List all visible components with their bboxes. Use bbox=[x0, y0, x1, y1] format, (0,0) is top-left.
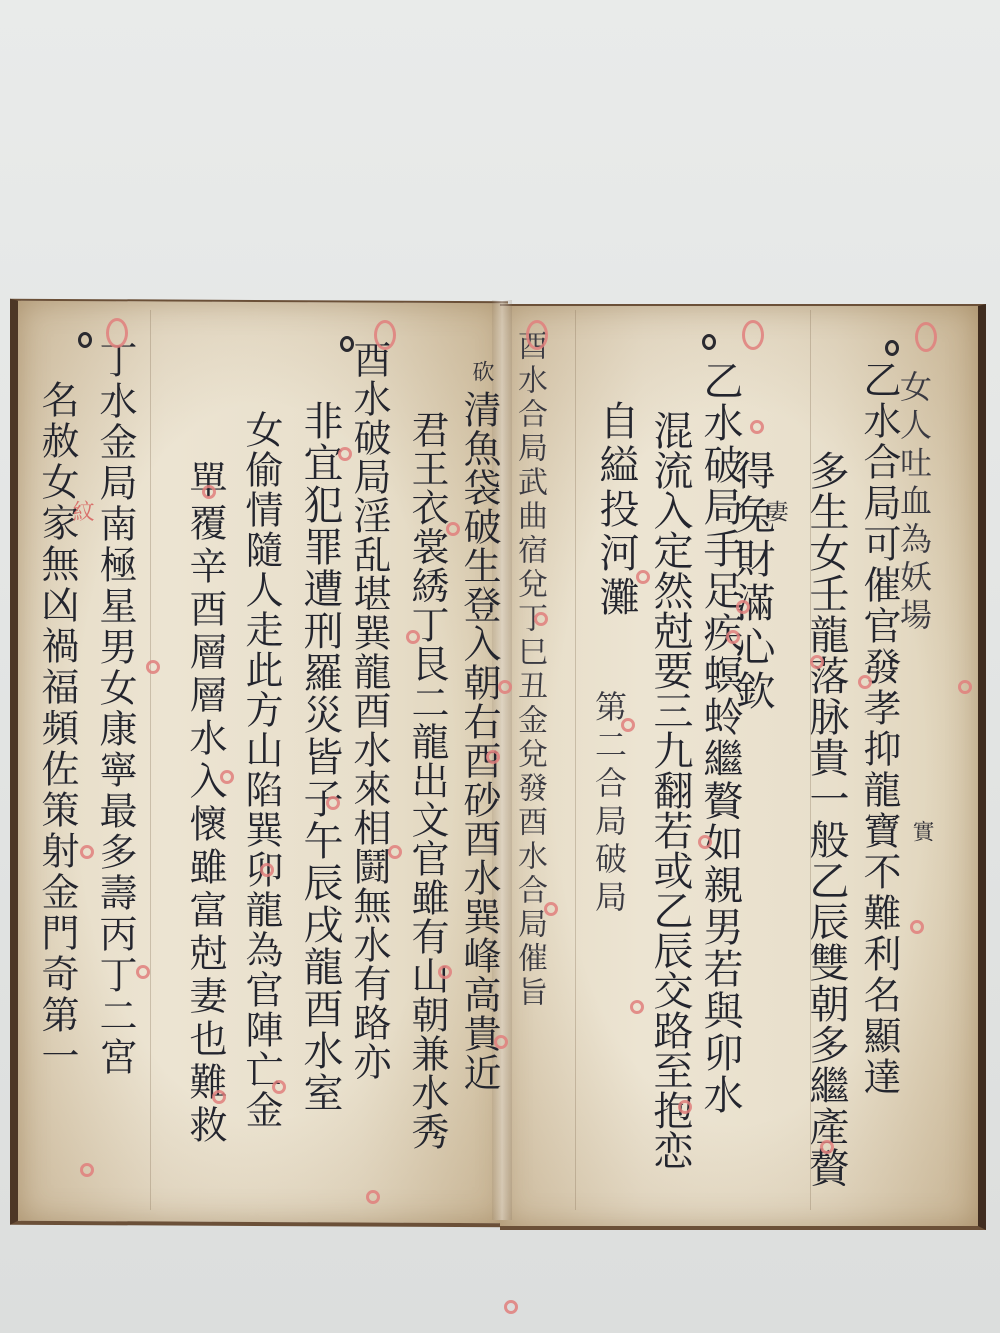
red-circle-mark bbox=[534, 612, 548, 626]
red-circle-mark bbox=[498, 680, 512, 694]
red-circle-mark bbox=[366, 1190, 380, 1204]
text-column-l6: 女偷情隨人走此方山陷巽卯龍為官陣亡金 bbox=[242, 410, 280, 1130]
red-circle-mark bbox=[750, 420, 764, 434]
red-circle-mark bbox=[272, 1080, 286, 1094]
paper-crease bbox=[150, 310, 151, 1210]
text-column-l5: 非宜犯罪遭刑羅災皆子午辰戌龍酉水室 bbox=[300, 400, 340, 1114]
text-column-l7: 單覆辛酉層層水入懷雖富尅妻也難救 bbox=[186, 460, 224, 1148]
text-column-l8: 丁水金局南極星男女康寧最多壽丙丁二宮 bbox=[96, 340, 134, 1078]
red-circle-mark bbox=[146, 660, 160, 674]
column-prefix: 砍 bbox=[466, 360, 497, 382]
red-circle-mark bbox=[106, 318, 128, 348]
text-column-l3: 君王衣裳綉丁艮二龍出文官雖有山朝兼水秀 bbox=[408, 410, 446, 1151]
red-circle-mark bbox=[820, 1140, 834, 1154]
text-column-r2: 多生女壬龍落脉貴一般乙辰雙朝多繼產贅 bbox=[806, 450, 846, 1188]
text-column-r5: 混流入定然尅要三九翻若或乙辰交路至抱恋 bbox=[650, 410, 690, 1170]
red-circle-mark bbox=[958, 680, 972, 694]
red-circle-mark bbox=[636, 570, 650, 584]
red-circle-mark bbox=[326, 796, 340, 810]
red-circle-mark bbox=[742, 320, 764, 350]
text-column-r1: 乙水合局可催官發孝抑龍寶不難利名顯達 bbox=[860, 360, 898, 1098]
red-circle-mark bbox=[202, 485, 216, 499]
red-circle-mark bbox=[810, 655, 824, 669]
red-circle-mark bbox=[494, 1035, 508, 1049]
red-circle-mark bbox=[630, 1000, 644, 1014]
red-circle-mark bbox=[260, 863, 274, 877]
text-column-l1: 酉水合局武曲宿兌丁巳丑金兌發酉水合局催旨 bbox=[514, 330, 544, 1010]
section-marker-icon bbox=[340, 336, 354, 352]
red-circle-mark bbox=[621, 718, 635, 732]
red-circle-mark bbox=[388, 845, 402, 859]
red-circle-mark bbox=[406, 630, 420, 644]
section-marker-icon bbox=[78, 332, 92, 348]
red-circle-mark bbox=[504, 1300, 518, 1314]
red-circle-mark bbox=[80, 845, 94, 859]
red-circle-mark bbox=[726, 630, 740, 644]
red-circle-mark bbox=[698, 835, 712, 849]
red-circle-mark bbox=[858, 675, 872, 689]
red-circle-mark bbox=[438, 965, 452, 979]
red-circle-mark bbox=[915, 322, 937, 352]
red-circle-mark bbox=[338, 447, 352, 461]
red-circle-mark bbox=[544, 902, 558, 916]
paper-crease bbox=[575, 310, 576, 1210]
text-column-r6: 自縊投河灘 bbox=[596, 400, 636, 620]
inline-note: 實 bbox=[906, 820, 937, 842]
red-circle-mark bbox=[910, 920, 924, 934]
red-circle-mark bbox=[80, 1163, 94, 1177]
inline-note: 紋 bbox=[66, 500, 97, 522]
red-circle-mark bbox=[486, 750, 500, 764]
text-column-l9: 名赦女家無凶禍福頻佐策射金門奇第一 bbox=[38, 380, 76, 1077]
red-circle-mark bbox=[526, 320, 548, 350]
red-circle-mark bbox=[736, 600, 750, 614]
red-circle-mark bbox=[212, 1090, 226, 1104]
red-circle-mark bbox=[446, 522, 460, 536]
manuscript-spread: 女人吐血為妖場 乙水合局可催官發孝抑龍寶不難利名顯達 實 多生女壬龍落脉貴一般乙… bbox=[10, 300, 980, 1220]
text-column-l4: 酉水破局淫乱堪巽龍酉水來相鬪無水有路亦 bbox=[350, 340, 388, 1081]
text-column-r4: 乙水破局手足疾螟蛉繼贅如親男若與卯水 bbox=[700, 360, 740, 1116]
section-marker-icon bbox=[702, 334, 716, 350]
margin-note: 女人吐血為妖場 bbox=[898, 370, 930, 636]
section-marker-icon bbox=[885, 340, 899, 356]
red-circle-mark bbox=[136, 965, 150, 979]
red-circle-mark bbox=[678, 1100, 692, 1114]
red-circle-mark bbox=[220, 770, 234, 784]
red-circle-mark bbox=[374, 320, 396, 350]
inline-note: 妻 bbox=[760, 500, 791, 522]
text-column-l2: 清魚袋破生登入朝右酉砂酉水巽峰高貴近 bbox=[460, 390, 498, 1092]
